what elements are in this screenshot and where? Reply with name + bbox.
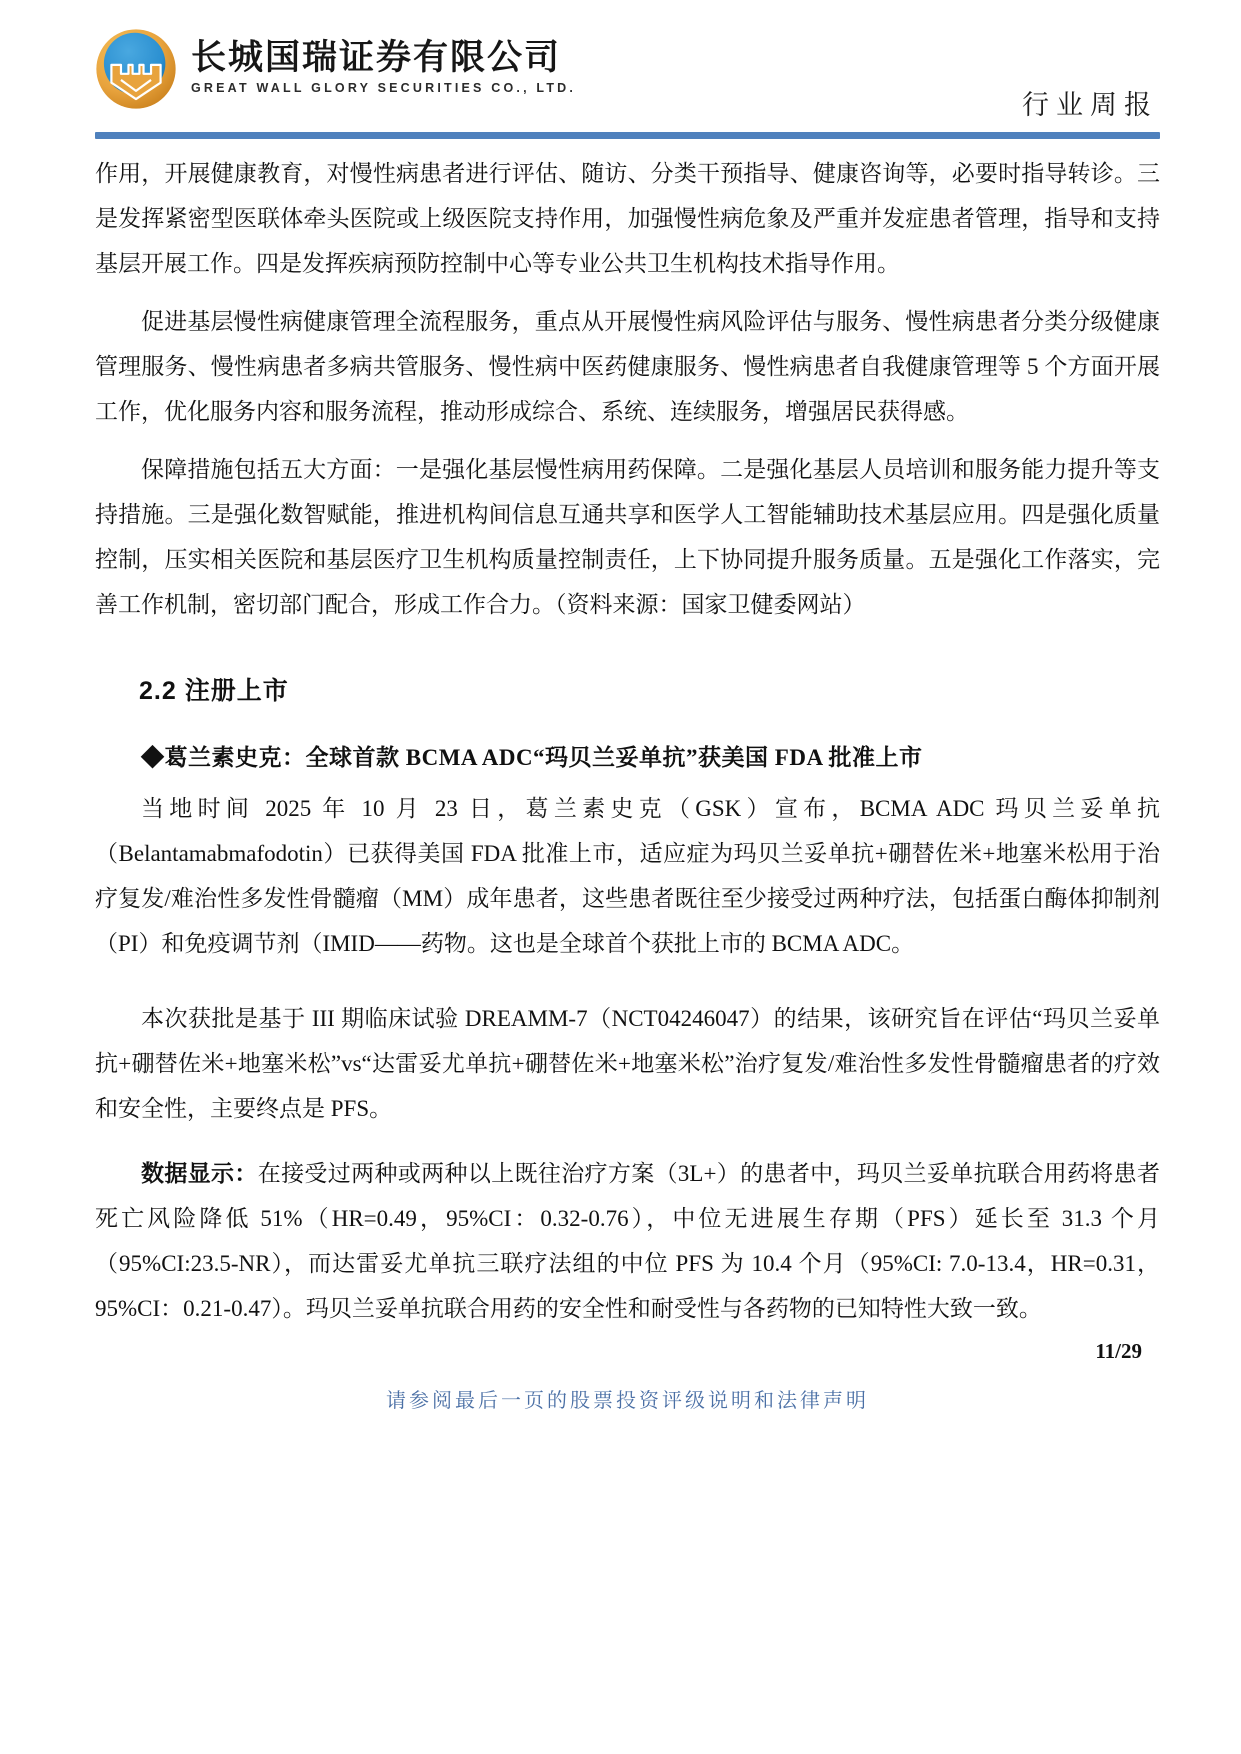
paragraph: 本次获批是基于 III 期临床试验 DREAMM-7（NCT04246047）的…: [95, 996, 1160, 1131]
paragraph: 促进基层慢性病健康管理全流程服务，重点从开展慢性病风险评估与服务、慢性病患者分类…: [95, 299, 1160, 434]
data-lead-label: 数据显示：: [141, 1161, 258, 1186]
section-heading-2-2: 2.2 注册上市: [139, 671, 1160, 707]
news-bullet-title: 葛兰素史克：全球首款 BCMA ADC“玛贝兰妥单抗”获美国 FDA 批准上市: [165, 745, 923, 770]
paragraph: 数据显示：在接受过两种或两种以上既往治疗方案（3L+）的患者中，玛贝兰妥单抗联合…: [95, 1151, 1160, 1331]
company-name-block: 长城国瑞证券有限公司 GREAT WALL GLORY SECURITIES C…: [191, 28, 576, 95]
company-name-cn: 长城国瑞证券有限公司: [191, 40, 576, 77]
report-page: 长城国瑞证券有限公司 GREAT WALL GLORY SECURITIES C…: [0, 0, 1241, 1754]
company-logo-icon: [95, 28, 177, 110]
report-body: 作用，开展健康教育，对慢性病患者进行评估、随访、分类干预指导、健康咨询等，必要时…: [95, 151, 1160, 1331]
news-bullet-heading: ◆葛兰素史克：全球首款 BCMA ADC“玛贝兰妥单抗”获美国 FDA 批准上市: [95, 739, 1160, 772]
paragraph: 保障措施包括五大方面：一是强化基层慢性病用药保障。二是强化基层人员培训和服务能力…: [95, 447, 1160, 627]
diamond-bullet-icon: ◆: [141, 745, 165, 770]
page-number: 11/29: [95, 1339, 1160, 1364]
paragraph: 当地时间 2025 年 10 月 23 日，葛兰素史克（GSK）宣布，BCMA …: [95, 786, 1160, 966]
company-name-en: GREAT WALL GLORY SECURITIES CO., LTD.: [191, 81, 576, 95]
company-brand: 长城国瑞证券有限公司 GREAT WALL GLORY SECURITIES C…: [95, 28, 1160, 110]
footer-disclaimer: 请参阅最后一页的股票投资评级说明和法律声明: [95, 1384, 1160, 1413]
page-header: 长城国瑞证券有限公司 GREAT WALL GLORY SECURITIES C…: [95, 28, 1160, 128]
report-type-label: 行业周报: [1022, 83, 1158, 122]
paragraph-continued: 作用，开展健康教育，对慢性病患者进行评估、随访、分类干预指导、健康咨询等，必要时…: [95, 151, 1160, 286]
header-divider: [95, 132, 1160, 139]
